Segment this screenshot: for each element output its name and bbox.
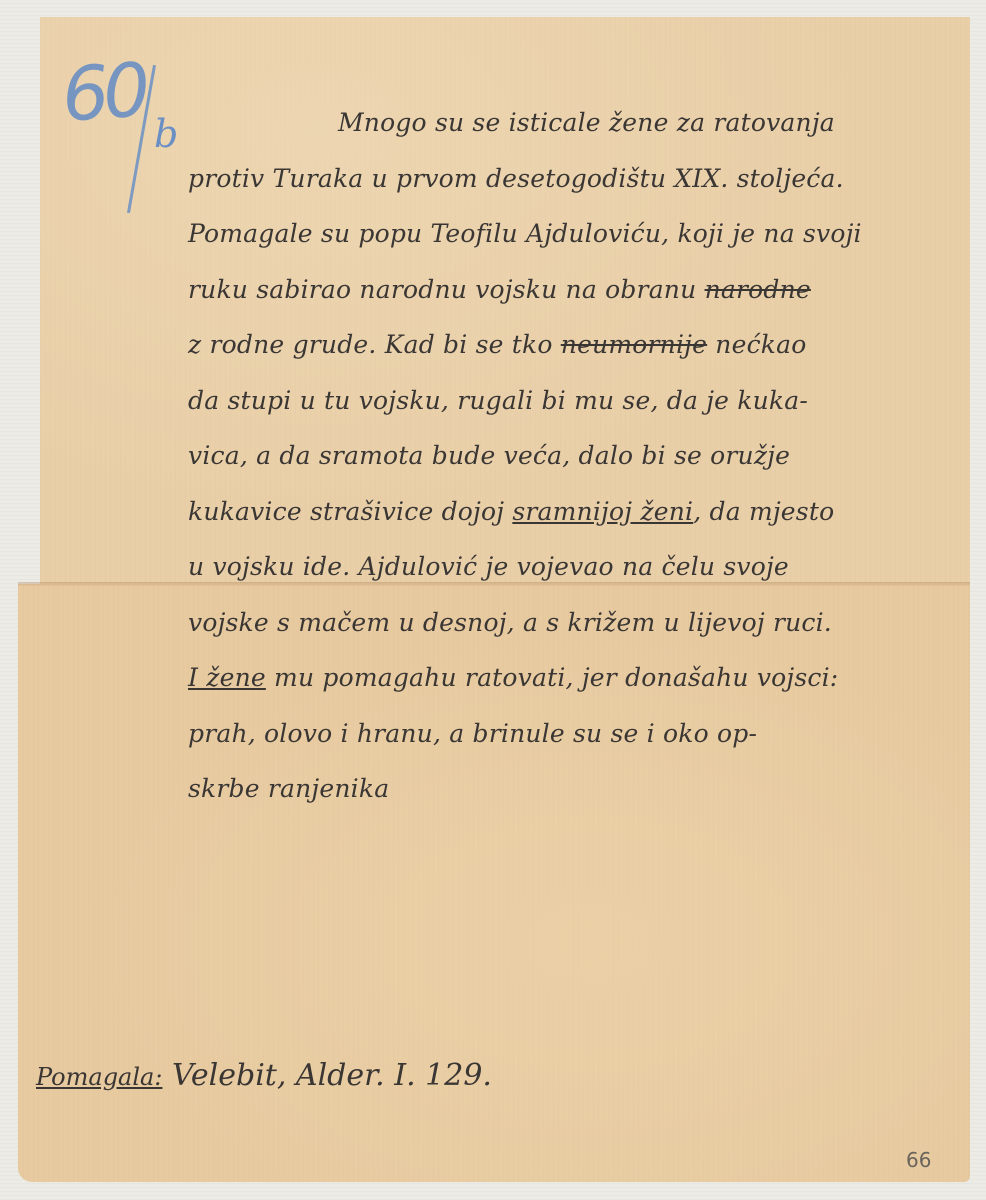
text-line: Mnogo su se isticale žene za ratovanja [188, 95, 958, 151]
text-line: Pomagale su popu Teofilu Ajduloviću, koj… [188, 206, 958, 262]
struck-word: narodne [705, 275, 811, 304]
text-line: da stupi u tu vojsku, rugali bi mu se, d… [188, 373, 958, 429]
handwritten-text: Mnogo su se isticale žene za ratovanja p… [188, 95, 958, 817]
underlined-phrase: sramnijoj ženi [512, 497, 693, 526]
source-note: Pomagala: Velebit, Alder. I. 129. [36, 1058, 492, 1093]
text-line: skrbe ranjenika [188, 761, 958, 817]
text-line: z rodne grude. Kad bi se tko neumornije … [188, 317, 958, 373]
underlined-phrase: I žene [188, 663, 266, 692]
archive-number: 60 [59, 47, 147, 139]
page-number: 66 [906, 1148, 931, 1172]
text-line: kukavice strašivice dojoj sramnijoj ženi… [188, 484, 958, 540]
text-line: vojske s mačem u desnoj, a s križem u li… [188, 595, 958, 651]
line-text: z rodne grude. Kad bi se tko [188, 330, 561, 359]
struck-word: neumornije [561, 330, 707, 359]
archive-sub-letter: b [154, 112, 178, 156]
text-line: ruku sabirao narodnu vojsku na obranu na… [188, 262, 958, 318]
text-line: u vojsku ide. Ajdulović je vojevao na če… [188, 539, 958, 595]
text-line: prah, olovo i hranu, a brinule su se i o… [188, 706, 958, 762]
text-line: vica, a da sramota bude veća, dalo bi se… [188, 428, 958, 484]
line-text: , da mjesto [693, 497, 834, 526]
line-text: nećkao [707, 330, 806, 359]
line-text: kukavice strašivice dojoj [188, 497, 512, 526]
line-text: mu pomagahu ratovati, jer donašahu vojsc… [266, 663, 839, 692]
text-line: I žene mu pomagahu ratovati, jer donašah… [188, 650, 958, 706]
line-text: ruku sabirao narodnu vojsku na obranu [188, 275, 705, 304]
source-citation: Velebit, Alder. I. 129. [162, 1058, 492, 1093]
text-line: protiv Turaka u prvom desetogodištu XIX.… [188, 151, 958, 207]
source-label: Pomagala: [36, 1063, 162, 1091]
